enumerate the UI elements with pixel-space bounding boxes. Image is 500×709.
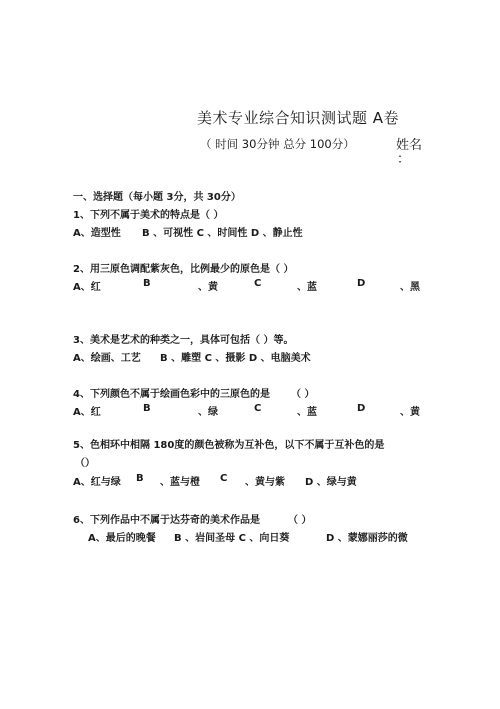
question-2-option-b-letter: B: [143, 278, 151, 289]
exam-title: 美术专业综合知识测试题 A卷: [197, 107, 399, 128]
question-4-option-c-letter: C: [254, 403, 261, 414]
question-4-option-c: 、蓝: [297, 403, 317, 418]
question-4-stem: 4、下列颜色不属于绘画色彩中的三原色的是: [73, 385, 270, 400]
question-4-option-b-letter: B: [143, 403, 151, 414]
question-5-stem: 5、色相环中相隔 180度的颜色被称为互补色，以下不属于互补色的是: [73, 436, 384, 451]
question-4-option-d: 、黄: [400, 403, 420, 418]
question-5-option-c: 、黄与紫: [245, 473, 285, 488]
question-2-option-c-letter: C: [254, 278, 261, 289]
question-2-option-a: A、红: [73, 278, 101, 293]
question-1-options-bcd: B 、可视性 C 、时间性 D 、静止性: [142, 224, 303, 239]
question-3-options-bcd: B 、雕塑 C 、摄影 D 、电脑美术: [160, 349, 311, 364]
question-4-option-d-letter: D: [357, 403, 365, 414]
section-heading: 一、选择题（每小题 3分，共 30分）: [73, 188, 241, 203]
question-5-option-c-letter: C: [220, 473, 227, 484]
question-2-option-d: 、黑: [400, 278, 420, 293]
question-4-paren: （ ）: [291, 385, 314, 400]
question-6-stem: 6、下列作品中不属于达芬奇的美术作品是: [73, 511, 260, 526]
question-6-options-bc: B 、岩间圣母 C 、向日葵: [174, 529, 289, 544]
question-3-stem: 3、美术是艺术的种类之一，具体可包括（ ）等。: [73, 331, 293, 346]
question-2-option-d-letter: D: [357, 278, 365, 289]
question-2-option-c: 、蓝: [297, 278, 317, 293]
question-5-option-b-letter: B: [136, 473, 144, 484]
question-1-stem: 1、下列不属于美术的特点是（ ）: [73, 206, 223, 221]
question-2-stem: 2、用三原色调配紫灰色，比例最少的原色是（ ）: [73, 260, 293, 275]
question-3-option-a: A、绘画、工艺: [73, 349, 141, 364]
question-4-option-a: A、红: [73, 403, 101, 418]
question-2-option-b: 、黄: [198, 278, 218, 293]
question-1-option-a: A、造型性: [73, 224, 121, 239]
question-4-option-b: 、绿: [198, 403, 218, 418]
question-5-option-d: D 、绿与黄: [305, 473, 357, 488]
exam-subtitle: （ 时间 30分钟 总分 100分）: [200, 136, 355, 152]
question-5-option-a: A、红与绿: [73, 473, 121, 488]
question-6-paren: （ ）: [288, 511, 311, 526]
name-colon: ：: [397, 148, 410, 167]
question-5-option-b: 、蓝与橙: [160, 473, 200, 488]
question-6-option-a: A、最后的晚餐: [88, 529, 156, 544]
question-5-stem-cont: （）: [75, 454, 95, 469]
question-6-option-d: D 、蒙娜丽莎的微: [326, 529, 408, 544]
